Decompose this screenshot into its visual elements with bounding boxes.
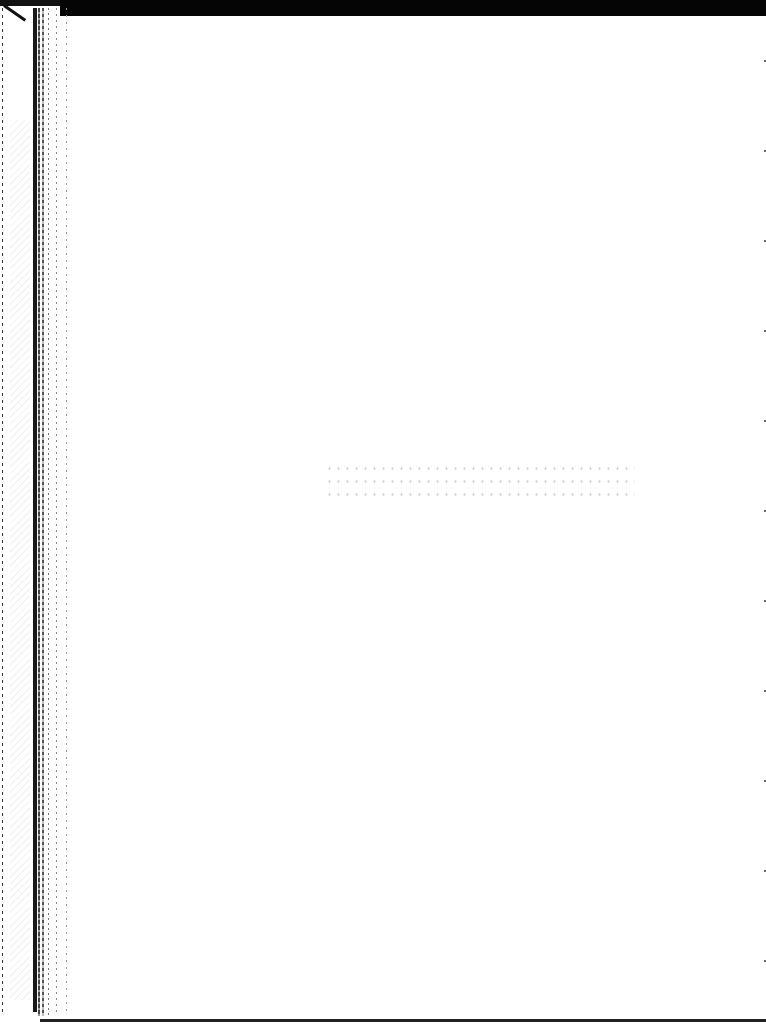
scan-bottom-edge [40, 1019, 766, 1022]
spine-page-edge [48, 8, 49, 1016]
spine-page-edge [56, 8, 57, 1016]
spine-gutter-line [33, 8, 37, 1012]
scan-top-border [60, 0, 766, 16]
bleed-through-text [325, 462, 635, 502]
spine-page-edge [38, 8, 40, 1016]
spine-page-edge [42, 8, 44, 1016]
margin-speckle-noise [10, 120, 30, 1000]
spine-edge-line [2, 8, 3, 1016]
spine-page-edge [66, 8, 67, 1016]
